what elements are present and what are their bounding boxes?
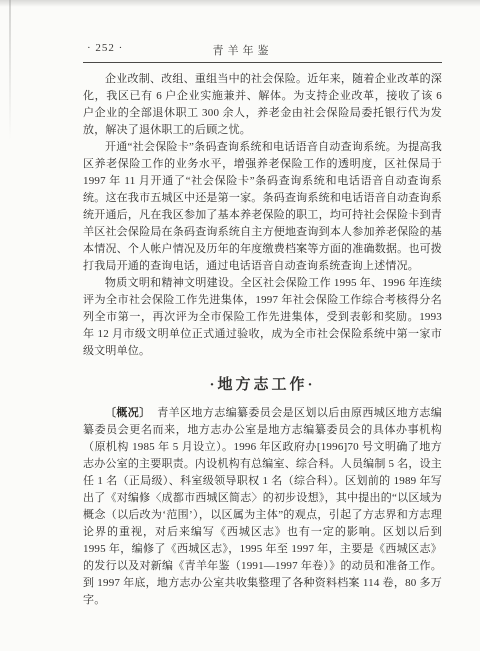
paragraph-text: 企业改制、改组、重组当中的社会保险。近年来，随着企业改革的深化，我区已有 6 户… (83, 73, 442, 136)
scan-edge-top (0, 0, 480, 7)
paragraph-text: 开通“社会保险卡”条码查询系统和电话语音自动查询系统。为提高我区养老保险工作的业… (83, 141, 442, 272)
article-body: 企业改制、改组、重组当中的社会保险。近年来，随着企业改革的深化，我区已有 6 户… (83, 71, 442, 609)
paragraph-text: 青羊区地方志编纂委员会是区划以后由原西城区地方志编纂委员会更名而来，地方志办公室… (83, 407, 442, 606)
scan-edge-left (9, 0, 11, 140)
scanned-page: · 252 · 青羊年鉴 企业改制、改组、重组当中的社会保险。近年来，随着企业改… (0, 0, 480, 651)
running-head: · 252 · 青羊年鉴 (83, 42, 442, 60)
paragraph-civilization-construction: 物质文明和精神文明建设。全区社会保险工作 1995 年、1996 年连续评为全市… (83, 275, 442, 360)
overview-label: 〔概况〕 (105, 407, 151, 419)
paragraph-social-insurance-restructuring: 企业改制、改组、重组当中的社会保险。近年来，随着企业改革的深化，我区已有 6 户… (83, 71, 442, 139)
section-heading-local-chronicles: ·地方志工作· (83, 377, 442, 394)
paragraph-text: 物质文明和精神文明建设。全区社会保险工作 1995 年、1996 年连续评为全市… (83, 277, 442, 357)
paragraph-overview: 〔概况〕青羊区地方志编纂委员会是区划以后由原西城区地方志编纂委员会更名而来，地方… (83, 405, 442, 609)
book-title: 青羊年鉴 (83, 42, 402, 58)
header-rule (83, 62, 442, 63)
paragraph-insurance-card-query-system: 开通“社会保险卡”条码查询系统和电话语音自动查询系统。为提高我区养老保险工作的业… (83, 139, 442, 275)
